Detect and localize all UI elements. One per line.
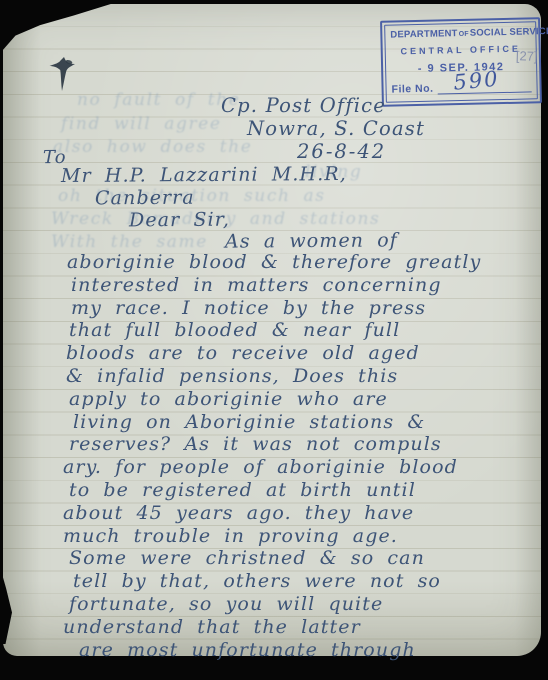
scan-frame: no fault of thefind will agreealso how d… xyxy=(0,0,548,680)
body-line: are most unfortunate through xyxy=(61,639,481,662)
edge-nick xyxy=(2,574,12,644)
body-line: understand that the latter xyxy=(61,616,481,639)
body-line: tell by that, others were not so xyxy=(61,570,481,593)
body-line: that full blooded & near full xyxy=(61,319,481,342)
letter-address-block: Cp. Post OfficeNowra, S. Coast26-8-42 xyxy=(221,94,425,163)
body-line: about 45 years ago. they have xyxy=(61,502,481,525)
letter-body: aboriginie blood & therefore greatlyinte… xyxy=(61,251,481,661)
address-line: 26-8-42 xyxy=(297,140,425,163)
recipient-place: Canberra xyxy=(95,187,195,210)
letter-opening-line: As a women of xyxy=(225,229,398,252)
file-number-value: 590 xyxy=(452,67,500,95)
stamp-department-line: DEPARTMENTOFSOCIAL SERVICES xyxy=(390,26,530,40)
address-line: Cp. Post Office xyxy=(221,94,425,117)
torn-corner xyxy=(2,3,114,51)
address-line: Nowra, S. Coast xyxy=(247,117,425,140)
body-line: living on Aboriginie stations & xyxy=(61,411,481,434)
bleedthrough-line: find will agree xyxy=(61,114,222,134)
body-line: to be registered at birth until xyxy=(61,479,481,502)
body-line: fortunate, so you will quite xyxy=(61,593,481,616)
body-line: apply to aboriginie who are xyxy=(61,388,481,411)
body-line: Some were christned & so can xyxy=(61,547,481,570)
body-line: & infalid pensions, Does this xyxy=(61,365,481,388)
bleedthrough-line: no fault of the xyxy=(77,90,240,110)
body-line: interested in matters concerning xyxy=(61,274,481,297)
recipient-line: Mr H.P. Lazzarini M.H.R, xyxy=(61,163,347,187)
body-line: reserves? As it was not compuls xyxy=(61,433,481,456)
pencil-annotation: [27] xyxy=(516,48,538,64)
body-line: ary. for people of aboriginie blood xyxy=(61,456,481,479)
body-line: bloods are to receive old aged xyxy=(61,342,481,365)
letter-page: no fault of thefind will agreealso how d… xyxy=(3,4,541,656)
body-line: much trouble in proving age. xyxy=(61,525,481,548)
salutation: Dear Sir, xyxy=(129,209,230,232)
ink-blot xyxy=(48,54,82,94)
stamp-office-line: CENTRAL OFFICE xyxy=(391,43,531,56)
body-line: my race. I notice by the press xyxy=(61,297,481,320)
bleedthrough-line: With the same xyxy=(51,232,208,252)
body-line: aboriginie blood & therefore greatly xyxy=(61,251,481,274)
